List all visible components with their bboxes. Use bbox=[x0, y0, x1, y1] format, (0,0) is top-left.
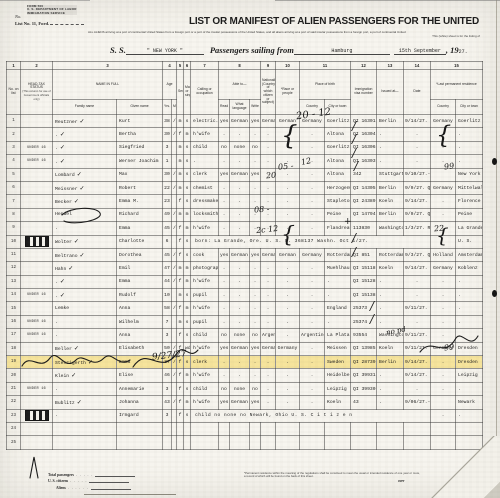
cell-bcity: Altona bbox=[325, 155, 351, 168]
cell-race: . bbox=[276, 315, 300, 328]
cell-headtax bbox=[21, 115, 53, 128]
cell-ms: s bbox=[184, 141, 191, 154]
manifest-row: 1Reutzner✓Kurt38/mselectric.yesGermanyes… bbox=[7, 115, 483, 128]
leader-dots: . . . . . bbox=[76, 473, 93, 477]
cell-rcountry: Holland bbox=[431, 248, 456, 261]
cell-race bbox=[276, 436, 300, 449]
column-numbers-row: 1 2 3 4 5 6 7 8 9 10 11 12 13 14 15 bbox=[7, 62, 483, 70]
cell-date: 9/11/27. Ret. bbox=[404, 329, 431, 342]
cell-headtax: UNDER 16 bbox=[21, 382, 53, 395]
cell-yrs: 3 bbox=[163, 141, 172, 154]
cell-ms: m bbox=[184, 275, 191, 288]
cell-occ: pupil bbox=[191, 315, 219, 328]
cell-lang bbox=[230, 422, 250, 435]
cell-issued: . bbox=[377, 275, 404, 288]
over-label: over bbox=[398, 479, 404, 483]
cell-headtax bbox=[21, 436, 53, 449]
col-num-11: 11 bbox=[300, 62, 351, 70]
cell-date: . bbox=[404, 128, 431, 141]
cell-no: 13 bbox=[7, 275, 21, 288]
check-mark: ✓ bbox=[77, 171, 82, 178]
cell-lang: . bbox=[230, 262, 250, 275]
cell-rcity: U. S. bbox=[456, 235, 483, 248]
cell-issued: Berlin bbox=[377, 115, 404, 128]
cell-given: Irmgard bbox=[117, 409, 163, 422]
cell-occ: pupil bbox=[191, 289, 219, 302]
cell-no: 5 bbox=[7, 168, 21, 181]
cell-bcountry: . bbox=[300, 275, 325, 288]
check-mark: ✓ bbox=[60, 144, 65, 151]
cell-bcountry: . bbox=[300, 369, 325, 382]
cell-ms: s bbox=[184, 115, 191, 128]
cell-bcity: Stapleton bbox=[325, 195, 351, 208]
cell-write: . bbox=[250, 369, 261, 382]
cell-sex: m bbox=[177, 155, 184, 168]
page-title: LIST OR MANIFEST OF ALIEN PASSENGERS FOR… bbox=[187, 16, 481, 27]
cell-issued: . bbox=[377, 382, 404, 395]
manifest-row: 19Stenzigerth✓Emma37/fsclerk......Sweden… bbox=[7, 356, 483, 369]
cell-write: yes bbox=[250, 396, 261, 409]
header-able-to: Able to— bbox=[219, 70, 261, 100]
cell-headtax bbox=[21, 396, 53, 409]
cell-date: 9/14/27. " bbox=[404, 262, 431, 275]
cell-given: Bertha bbox=[117, 128, 163, 141]
cell-read: . bbox=[219, 369, 230, 382]
cell-bcountry: . bbox=[300, 128, 325, 141]
cell-bcity: . bbox=[325, 289, 351, 302]
cell-bcountry: . bbox=[300, 195, 325, 208]
cell-lang: . bbox=[230, 315, 250, 328]
cell-rcountry bbox=[431, 396, 456, 409]
cell-rcity: Amsterdam bbox=[456, 248, 483, 261]
cell-rcity: Peine bbox=[456, 208, 483, 221]
cell-no: 3 bbox=[7, 141, 21, 154]
cell-rcity: . bbox=[456, 289, 483, 302]
cell-bcity: La Plata bbox=[325, 329, 351, 342]
cell-sex: m bbox=[177, 208, 184, 221]
manifest-row: 14UNDER 16.✓Rudolf10mspupil.......QI 151… bbox=[7, 289, 483, 302]
check-mark: ✓ bbox=[60, 131, 65, 138]
cell-rcountry: Germany bbox=[431, 262, 456, 275]
cell-date: . bbox=[404, 289, 431, 302]
cell-nat: . bbox=[261, 262, 276, 275]
cell-date: 1/3/27. Ret. bbox=[404, 222, 431, 235]
check-mark: ✓ bbox=[74, 198, 79, 205]
punch-hole bbox=[492, 158, 497, 165]
cell-family: Beller✓ bbox=[53, 342, 117, 355]
cell-nat: . bbox=[261, 155, 276, 168]
cell-lang: none bbox=[230, 382, 250, 395]
cell-family: Meissner✓ bbox=[53, 181, 117, 194]
handwriting-note: 05 - bbox=[278, 161, 294, 172]
year-label: , 19 bbox=[446, 45, 459, 55]
cell-issued: Berlin bbox=[377, 208, 404, 221]
cell-family: .✓ bbox=[53, 128, 117, 141]
cell-family bbox=[53, 422, 117, 435]
fineprint: ALL ALIENS arriving at a port of contine… bbox=[88, 31, 480, 38]
cell-nat: . bbox=[261, 275, 276, 288]
col-num-9: 9 bbox=[261, 62, 276, 70]
cell-ms: s bbox=[184, 235, 191, 248]
cell-date: . bbox=[404, 382, 431, 395]
cell-date: 9/06/27.-NQN. bbox=[404, 396, 431, 409]
cell-family bbox=[53, 436, 117, 449]
cell-write bbox=[250, 422, 261, 435]
cell-given: Siegfried bbox=[117, 141, 163, 154]
cell-visa: QI 15118 bbox=[351, 262, 377, 275]
cell-ms: m bbox=[184, 396, 191, 409]
cell-read: . bbox=[219, 302, 230, 315]
cell-yrs: 45 bbox=[163, 222, 172, 235]
cell-visa: QI 14794 bbox=[351, 208, 377, 221]
cell-bcountry: . bbox=[300, 141, 325, 154]
cell-family: .✓ bbox=[53, 289, 117, 302]
header-residence-city: City or town bbox=[456, 100, 483, 115]
cell-yrs: 49 bbox=[163, 208, 172, 221]
cell-ms: s bbox=[184, 289, 191, 302]
cell-ms: m bbox=[184, 302, 191, 315]
cell-lang: . bbox=[230, 208, 250, 221]
cell-family: Hendel bbox=[53, 208, 117, 221]
cell-issued bbox=[377, 422, 404, 435]
cell-sex: f bbox=[177, 222, 184, 235]
cell-headtax bbox=[21, 422, 53, 435]
cell-headtax bbox=[21, 195, 53, 208]
cell-race bbox=[276, 422, 300, 435]
port-of-sailing: Hamburg bbox=[294, 48, 390, 55]
cell-headtax: UNDER 16 bbox=[21, 315, 53, 328]
manifest-row: 17UNDER 16.Anna3fschildnononenoArgentine… bbox=[7, 329, 483, 342]
cell-no: 24 bbox=[7, 422, 21, 435]
cell-nat: . bbox=[261, 356, 276, 369]
manifest-row: 15LemkeAnna58/fmh'wife......England25373… bbox=[7, 302, 483, 315]
cell-bcountry: . bbox=[300, 302, 325, 315]
cell-occ: h'wife bbox=[191, 128, 219, 141]
cell-issued: Stuttgart bbox=[377, 168, 404, 181]
cell-yrs: 3 bbox=[163, 409, 172, 422]
cell-read: no bbox=[219, 141, 230, 154]
cell-headtax bbox=[21, 168, 53, 181]
cell-family: .✓ bbox=[53, 275, 117, 288]
cell-lang: German bbox=[230, 248, 250, 261]
cell-rcountry: . bbox=[431, 195, 456, 208]
legend-aliens: Aliens . . . . . . bbox=[48, 483, 135, 489]
handwriting-note: 99 bbox=[443, 342, 454, 352]
cell-issued: Koeln bbox=[377, 262, 404, 275]
check-mark: ✓ bbox=[80, 118, 85, 125]
cell-rcountry: . bbox=[431, 409, 456, 422]
cell-no: 12 bbox=[7, 262, 21, 275]
cell-given: Anna bbox=[117, 302, 163, 315]
cell-bcity: England bbox=[325, 302, 351, 315]
cell-rcity: Dresden bbox=[456, 356, 483, 369]
cell-occ: locksmith bbox=[191, 208, 219, 221]
cell-occ: h'wife bbox=[191, 302, 219, 315]
cell-date: 9/14/27. " bbox=[404, 356, 431, 369]
header-date: Date bbox=[404, 70, 431, 115]
cell-visa: QI 39930 bbox=[351, 382, 377, 395]
cell-write: . bbox=[250, 275, 261, 288]
sailing-label: Passengers sailing from bbox=[210, 45, 294, 55]
cell-date: 9/14/27. " bbox=[404, 195, 431, 208]
cell-date: 9/10/27.-NQN. bbox=[404, 168, 431, 181]
cell-lang: . bbox=[230, 369, 250, 382]
cell-bcity: Herzogenwalde bbox=[325, 181, 351, 194]
header-name-in-full: NAME IN FULL bbox=[53, 70, 163, 100]
cell-rcity: Florence bbox=[456, 195, 483, 208]
cell-read: . bbox=[219, 128, 230, 141]
cell-occ: h'wife bbox=[191, 275, 219, 288]
cell-bcountry: . bbox=[300, 222, 325, 235]
cell-rcity: . bbox=[456, 302, 483, 315]
col-num-8: 8 bbox=[219, 62, 261, 70]
cell-sex: f bbox=[177, 329, 184, 342]
cell-sex: m bbox=[177, 115, 184, 128]
cell-bcity: Altona bbox=[325, 128, 351, 141]
cell-no: 21 bbox=[7, 382, 21, 395]
cell-write: no bbox=[250, 382, 261, 395]
cell-date: . bbox=[404, 315, 431, 328]
cell-race: . bbox=[276, 181, 300, 194]
col-num-10: 10 bbox=[276, 62, 300, 70]
handwriting-note: / bbox=[370, 299, 374, 313]
cell-write: . bbox=[250, 315, 261, 328]
cell-nat: . bbox=[261, 141, 276, 154]
cell-bcountry: Germany bbox=[300, 248, 325, 261]
check-mark: ✓ bbox=[60, 292, 65, 299]
cell-yrs: 3 bbox=[163, 382, 172, 395]
cell-family: Reutzner✓ bbox=[53, 115, 117, 128]
cell-given: Robert bbox=[117, 181, 163, 194]
header-no-on-list: No. on list bbox=[7, 70, 21, 115]
cell-given: Richard bbox=[117, 208, 163, 221]
cell-yrs: 47 bbox=[163, 262, 172, 275]
cell-lang: . bbox=[230, 195, 250, 208]
cell-race: . bbox=[276, 195, 300, 208]
cell-read: . bbox=[219, 262, 230, 275]
cell-given: Emma bbox=[117, 222, 163, 235]
cell-family: Hahn✓ bbox=[53, 262, 117, 275]
cell-bcountry: . bbox=[300, 181, 325, 194]
cell-read bbox=[219, 422, 230, 435]
cell-family: Klein✓ bbox=[53, 369, 117, 382]
check-mark: ✓ bbox=[80, 252, 85, 259]
cell-bcity: Meissen bbox=[325, 342, 351, 355]
legend-blank-line bbox=[91, 486, 131, 490]
cell-bcountry: . bbox=[300, 168, 325, 181]
header-read: Read bbox=[219, 100, 230, 115]
cell-lang: . bbox=[230, 356, 250, 369]
check-mark: ✓ bbox=[74, 345, 79, 352]
cell-visa: QI 15128 bbox=[351, 275, 377, 288]
no-label: No. bbox=[15, 14, 21, 19]
cell-visa: 93554 bbox=[351, 329, 377, 342]
leader-dots: . . . . . bbox=[70, 479, 87, 483]
legend-label: Aliens bbox=[56, 486, 66, 490]
cell-lang: . bbox=[230, 128, 250, 141]
cell-issued: . bbox=[377, 369, 404, 382]
paper-right-edge bbox=[496, 0, 497, 498]
cell-lang: . bbox=[230, 222, 250, 235]
header-write: Write bbox=[250, 100, 261, 115]
cell-read: yes bbox=[219, 248, 230, 261]
header-married-single: Married or single bbox=[184, 70, 191, 115]
legend-label: U. S. citizens bbox=[48, 479, 68, 483]
cell-rcity: . bbox=[456, 275, 483, 288]
cell-occ: cook bbox=[191, 248, 219, 261]
header-residence-country: Country bbox=[431, 100, 456, 115]
cell-nat: German bbox=[261, 115, 276, 128]
cell-no: 16 bbox=[7, 315, 21, 328]
paper-top-edge bbox=[0, 0, 500, 1]
cell-race: . bbox=[276, 289, 300, 302]
cell-family: .✓ bbox=[53, 141, 117, 154]
cell-bcountry: . bbox=[300, 262, 325, 275]
cell-rcity bbox=[456, 422, 483, 435]
col-num-13: 13 bbox=[377, 62, 404, 70]
cell-given: Kurt bbox=[117, 115, 163, 128]
cell-rcity: Leipzig bbox=[456, 369, 483, 382]
cell-nat: . bbox=[261, 396, 276, 409]
cell-bcity bbox=[325, 422, 351, 435]
cell-visa: QI 39931 bbox=[351, 369, 377, 382]
fineprint-line2: This (white) sheet is for the listing of bbox=[88, 35, 480, 39]
manifest-row: 18Beller✓Elisabeth50/fwdh'wifeyesGermany… bbox=[7, 342, 483, 355]
cell-ms: m bbox=[184, 128, 191, 141]
cell-nat: . bbox=[261, 315, 276, 328]
cell-nat bbox=[261, 436, 276, 449]
ship-name: " NEW YORK " bbox=[126, 48, 204, 55]
cell-bcity: Leipzig bbox=[325, 382, 351, 395]
cell-read: . bbox=[219, 289, 230, 302]
cell-yrs: 38 bbox=[163, 115, 172, 128]
cell-bcity: Goerlitz bbox=[325, 141, 351, 154]
cell-family: Beltrano✓ bbox=[53, 248, 117, 261]
cell-write: . bbox=[250, 181, 261, 194]
col-num-15: 15 bbox=[431, 62, 483, 70]
cell-rcountry: . bbox=[431, 329, 456, 342]
cell-write: . bbox=[250, 128, 261, 141]
cell-ms: s bbox=[184, 155, 191, 168]
cell-visa: QI 24389 bbox=[351, 195, 377, 208]
cell-headtax bbox=[21, 208, 53, 221]
cell-no: 22 bbox=[7, 396, 21, 409]
cell-given: Emil bbox=[117, 262, 163, 275]
cell-nat: . bbox=[261, 382, 276, 395]
cell-headtax bbox=[21, 369, 53, 382]
cell-rcountry bbox=[431, 422, 456, 435]
list-number: List No. 11, Ford. bbox=[15, 20, 84, 26]
cell-family: Wolter✓ bbox=[53, 235, 117, 248]
manifest-row: 20Klein✓Elise46/fmh'wife......Heidelberg… bbox=[7, 369, 483, 382]
cell-note: child no none no Newark, Ohio U. S. C i … bbox=[191, 409, 431, 422]
cell-write: yes bbox=[250, 248, 261, 261]
header-nationality: Nationality (Country of which citizen or… bbox=[261, 70, 276, 115]
cell-read: . bbox=[219, 356, 230, 369]
cell-family: Lemke bbox=[53, 302, 117, 315]
cell-rcity: Mittelwalde bbox=[456, 181, 483, 194]
header-race: *Race or people bbox=[276, 70, 300, 115]
cell-issued: . bbox=[377, 141, 404, 154]
cell-no: 7 bbox=[7, 195, 21, 208]
cell-read bbox=[219, 436, 230, 449]
cell-write: no bbox=[250, 141, 261, 154]
service-name: IMMIGRATION SERVICE bbox=[27, 12, 77, 15]
cell-given: Rudolf bbox=[117, 289, 163, 302]
cell-bcity: Altona bbox=[325, 168, 351, 181]
cell-occ: chemist bbox=[191, 181, 219, 194]
cell-rcity: . bbox=[456, 329, 483, 342]
cell-rcity: New York bbox=[456, 168, 483, 181]
cell-no: 11 bbox=[7, 248, 21, 261]
check-mark: ✓ bbox=[60, 278, 65, 285]
cell-sex: f bbox=[177, 382, 184, 395]
manifest-row: 10Wolter✓Charlotte6fsborn: La Grande, Or… bbox=[7, 235, 483, 248]
cell-ms: m bbox=[184, 222, 191, 235]
handwriting-note: / bbox=[354, 159, 358, 173]
footnote: *Permanent residence within the meaning … bbox=[244, 472, 420, 479]
col-num-3: 3 bbox=[53, 62, 163, 70]
cell-no: 10 bbox=[7, 235, 21, 248]
cell-lang: none bbox=[230, 141, 250, 154]
cell-headtax bbox=[21, 356, 53, 369]
cell-no: 17 bbox=[7, 329, 21, 342]
cell-yrs: 22 bbox=[163, 181, 172, 194]
cell-date: 9/9/27. Qu. bbox=[404, 208, 431, 221]
cell-write: . bbox=[250, 302, 261, 315]
manifest-row: 2.✓Bertha30/fmh'wife......AltonaQI 16304… bbox=[7, 128, 483, 141]
cell-issued: Berlin bbox=[377, 356, 404, 369]
cell-occ: photograph. bbox=[191, 262, 219, 275]
check-mark: ✓ bbox=[68, 265, 73, 272]
cell-headtax: UNDER 16 bbox=[21, 155, 53, 168]
cell-no: 6 bbox=[7, 181, 21, 194]
cell-rcountry: . bbox=[431, 275, 456, 288]
cell-note: born: La Grande, Ore. U. S. P. 368137 Wa… bbox=[191, 235, 431, 248]
cell-headtax bbox=[21, 342, 53, 355]
cell-no: 23 bbox=[7, 409, 21, 422]
col-num-7: 7 bbox=[191, 62, 219, 70]
col-num-4: 4 bbox=[163, 62, 177, 70]
cell-issued: Berlin bbox=[377, 181, 404, 194]
cell-date: 9/14/27. Qu. bbox=[404, 115, 431, 128]
cell-bcountry: Argentine bbox=[300, 329, 325, 342]
cell-ms: s bbox=[184, 181, 191, 194]
cell-lang: . bbox=[230, 289, 250, 302]
cell-sex: m bbox=[177, 315, 184, 328]
cell-lang: German bbox=[230, 396, 250, 409]
cell-race: . bbox=[276, 329, 300, 342]
cell-given: Emma bbox=[117, 275, 163, 288]
cell-write bbox=[250, 436, 261, 449]
cell-visa: QI 28739 bbox=[351, 356, 377, 369]
cell-rcity: . bbox=[456, 409, 483, 422]
cell-race: . bbox=[276, 275, 300, 288]
manifest-row: 23.Irmgard3fschild no none no Newark, Oh… bbox=[7, 409, 483, 422]
cell-sex: f bbox=[177, 409, 184, 422]
manifest-row: 22Bublitz✓Johanna43/fmh'wifeyesGermanyes… bbox=[7, 396, 483, 409]
cell-write: yes bbox=[250, 168, 261, 181]
page-curl bbox=[426, 436, 500, 498]
cell-occ: electric. bbox=[191, 115, 219, 128]
cell-read: . bbox=[219, 222, 230, 235]
handwriting-note: / bbox=[352, 245, 356, 259]
manifest-row: 5Lombard✓Max30/msclerkyesGermanyes...Alt… bbox=[7, 168, 483, 181]
cell-yrs bbox=[163, 436, 172, 449]
list-number-text: List No. 11, Ford. bbox=[15, 21, 49, 26]
cell-write: no bbox=[250, 329, 261, 342]
cell-no: 4 bbox=[7, 155, 21, 168]
